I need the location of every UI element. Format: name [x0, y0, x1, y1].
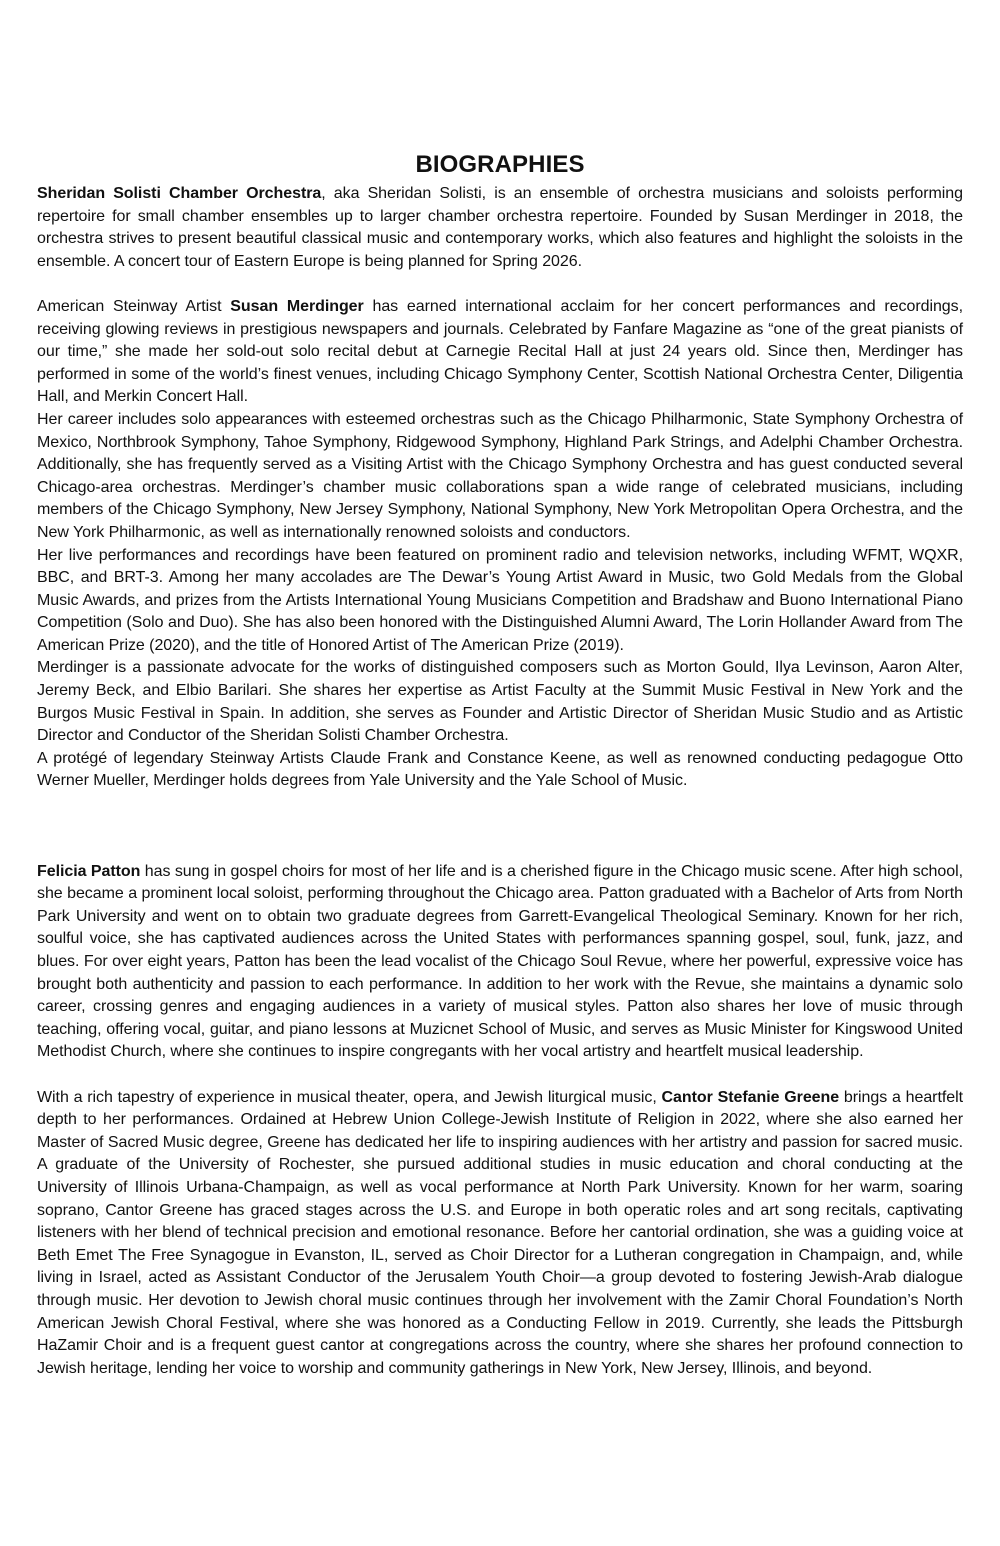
bio-sheridan-solisti: Sheridan Solisti Chamber Orchestra, aka …: [37, 183, 963, 273]
bio-paragraph: American Steinway Artist Susan Merdinger…: [37, 296, 963, 409]
bio-name-susan-merdinger: Susan Merdinger: [230, 298, 363, 315]
bio-paragraph: Her career includes solo appearances wit…: [37, 409, 963, 545]
bio-name-stefanie-greene: Cantor Stefanie Greene: [662, 1089, 840, 1106]
spacer: [37, 793, 963, 838]
paragraph-lead-text: With a rich tapestry of experience in mu…: [37, 1089, 662, 1106]
spacer: [37, 1064, 963, 1087]
spacer: [37, 273, 963, 296]
bio-name-sheridan-solisti: Sheridan Solisti Chamber Orchestra: [37, 185, 321, 202]
bio-felicia-patton: Felicia Patton has sung in gospel choirs…: [37, 861, 963, 1064]
spacer: [37, 838, 963, 861]
paragraph-text: has sung in gospel choirs for most of he…: [37, 863, 963, 1061]
bio-paragraph: With a rich tapestry of experience in mu…: [37, 1087, 963, 1381]
paragraph-lead-text: American Steinway Artist: [37, 298, 230, 315]
biographies-page: BIOGRAPHIES Sheridan Solisti Chamber Orc…: [37, 150, 963, 1380]
page-title: BIOGRAPHIES: [37, 150, 963, 180]
paragraph-text: brings a heartfelt depth to her performa…: [37, 1089, 963, 1377]
bio-paragraph: Merdinger is a passionate advocate for t…: [37, 657, 963, 747]
bio-stefanie-greene: With a rich tapestry of experience in mu…: [37, 1087, 963, 1381]
bio-paragraph: Her live performances and recordings hav…: [37, 545, 963, 658]
bio-paragraph: Felicia Patton has sung in gospel choirs…: [37, 861, 963, 1064]
bio-name-felicia-patton: Felicia Patton: [37, 863, 140, 880]
bio-paragraph: A protégé of legendary Steinway Artists …: [37, 748, 963, 793]
bio-susan-merdinger: American Steinway Artist Susan Merdinger…: [37, 296, 963, 793]
bio-paragraph: Sheridan Solisti Chamber Orchestra, aka …: [37, 183, 963, 273]
